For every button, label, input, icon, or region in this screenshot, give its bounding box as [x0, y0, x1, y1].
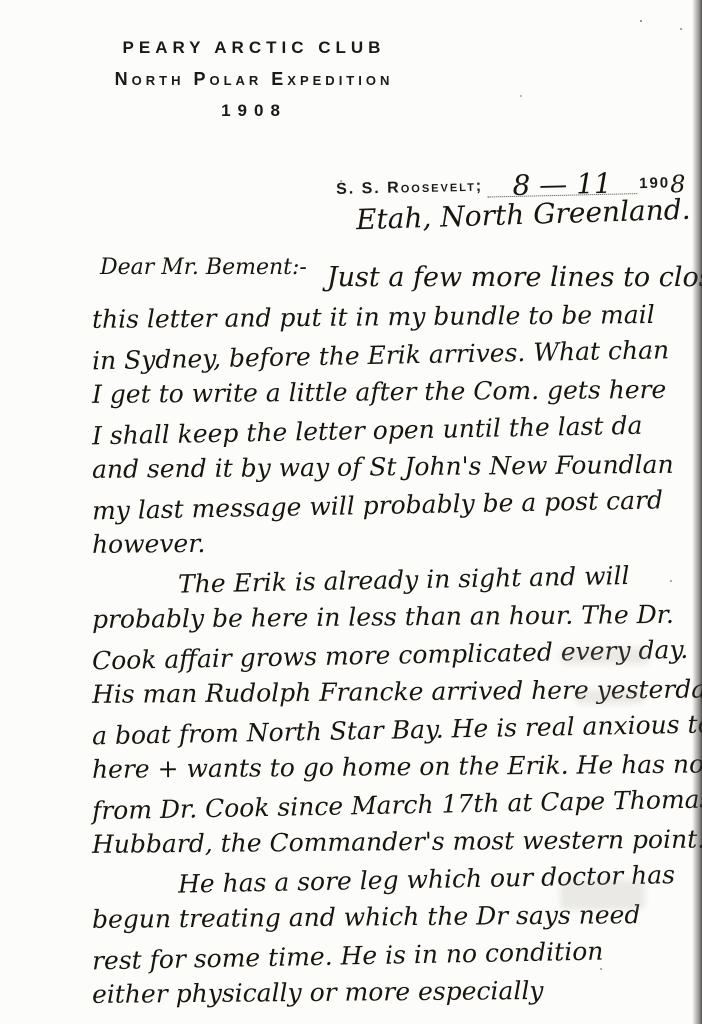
letter-body: this letter and put it in my bundle to b… — [92, 298, 702, 1011]
body-opening-line: Just a few more lines to close — [327, 262, 702, 293]
letterhead-expedition-name: North Polar Expedition — [58, 69, 450, 90]
handwritten-year-digit: 8 — [670, 175, 686, 193]
printed-year-prefix: 190 — [639, 174, 670, 194]
salutation: Dear Mr. Bement:- — [100, 255, 307, 280]
scanned-letter-page: PEARY ARCTIC CLUB North Polar Expedition… — [0, 0, 702, 1024]
letterhead: PEARY ARCTIC CLUB North Polar Expedition… — [58, 38, 450, 121]
date-fill-in-line: 8 — 11 — [487, 167, 638, 197]
letterhead-club-name: PEARY ARCTIC CLUB — [58, 38, 450, 58]
scan-noise-speckles — [640, 20, 642, 22]
letterhead-year: 1908 — [58, 101, 450, 121]
salutation-row: Dear Mr. Bement:-Just a few more lines t… — [100, 250, 702, 281]
body-line: either physically or more especially — [92, 970, 702, 1013]
ship-name: S. S. Roosevelt; — [336, 178, 484, 201]
